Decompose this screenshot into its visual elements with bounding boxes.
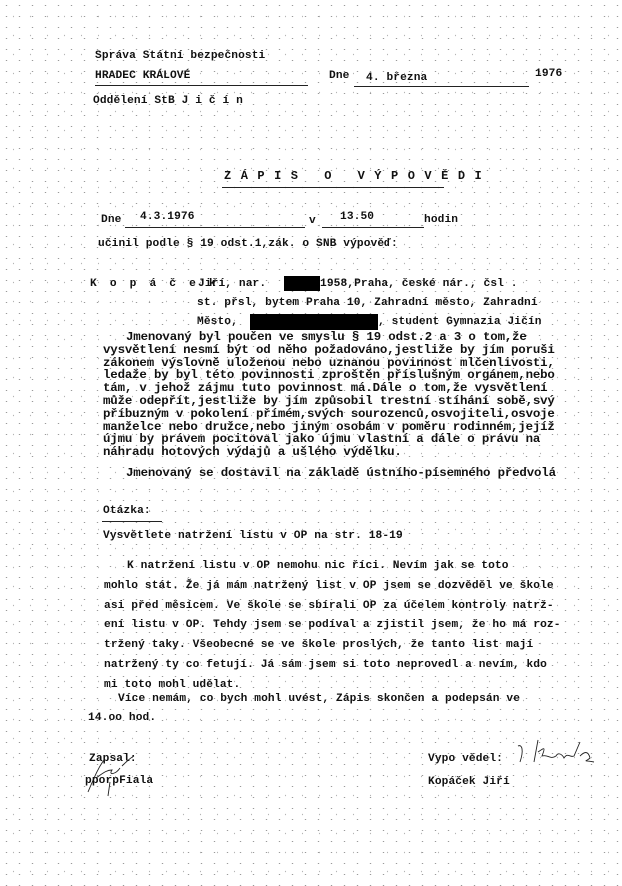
recorder-name: pporpFiala xyxy=(85,775,153,788)
header-date-underline xyxy=(354,86,529,87)
record-hours-label: hodin xyxy=(424,214,458,227)
person-line1-cont: 1958,Praha, české nár., čsl . xyxy=(320,278,518,291)
header-date-value: 4. března xyxy=(366,72,427,85)
header-date-label: Dne xyxy=(329,70,349,83)
title-underline xyxy=(222,187,444,188)
question-underline xyxy=(102,521,162,522)
record-date-underline xyxy=(125,227,305,228)
org-name: Správa Státní bezpečnosti xyxy=(95,50,265,63)
witness-label: Vypo vědel: xyxy=(428,753,503,766)
person-line3: Město, xyxy=(197,316,238,329)
header-year: 1976 xyxy=(535,68,562,81)
record-date-label: Dne xyxy=(101,214,121,227)
redaction-birthdate xyxy=(284,276,320,291)
person-line3-cont: , student Gymnazia Jičín xyxy=(378,316,542,329)
record-date-value: 4.3.1976 xyxy=(140,211,195,224)
org-underline xyxy=(95,85,308,86)
instruction-line: náhradu hotových výdajů a ušlého výdělku… xyxy=(103,445,402,459)
answer-line: mi toto mohl udělat. xyxy=(104,679,240,692)
recorder-signature xyxy=(82,748,142,798)
closing-line2: 14.oo hod. xyxy=(88,712,156,725)
answer-line: asi před měsícem. Ve škole se sbírali OP… xyxy=(104,600,554,613)
answer-line: mohlo stát. Že já mám natržený list v OP… xyxy=(104,580,554,593)
statement-intro: učinil podle § 19 odst.1,zák. o SNB výpo… xyxy=(98,238,398,251)
answer-line: tržený taky. Všeobecné se ve škole prosl… xyxy=(104,639,533,652)
answer-line: ení listu v OP. Tehdy jsem se podíval a … xyxy=(104,619,561,632)
org-region: HRADEC KRÁLOVÉ xyxy=(95,70,190,83)
person-line1: Jiří, nar. xyxy=(198,278,266,291)
record-time-value: 13.50 xyxy=(340,211,374,224)
question-text: Vysvětlete natržení listu v OP na str. 1… xyxy=(103,530,403,543)
document-title: ZÁPIS O VÝPOVĚDI xyxy=(224,170,491,183)
answer-line: K natržení listu v OP nemohu nic říci. N… xyxy=(127,560,509,573)
answer-line: natržený ty co fetují. Já sám jsem si to… xyxy=(104,659,547,672)
closing-line1: Více nemám, co bych mohl uvést, Zápis sk… xyxy=(118,693,520,706)
witness-name: Kopáček Jiří xyxy=(428,776,510,789)
record-at-label: v xyxy=(309,215,316,228)
department: Oddělení StB J i č í n xyxy=(93,95,243,108)
witness-signature xyxy=(510,732,600,772)
person-line2: st. přsl, bytem Praha 10, Zahradní město… xyxy=(197,297,538,310)
redaction-address xyxy=(250,314,378,330)
record-time-underline xyxy=(322,227,424,228)
question-label: Otázka: xyxy=(103,505,151,518)
summons-line: Jmenovaný se dostavil na základě ústního… xyxy=(126,466,556,480)
